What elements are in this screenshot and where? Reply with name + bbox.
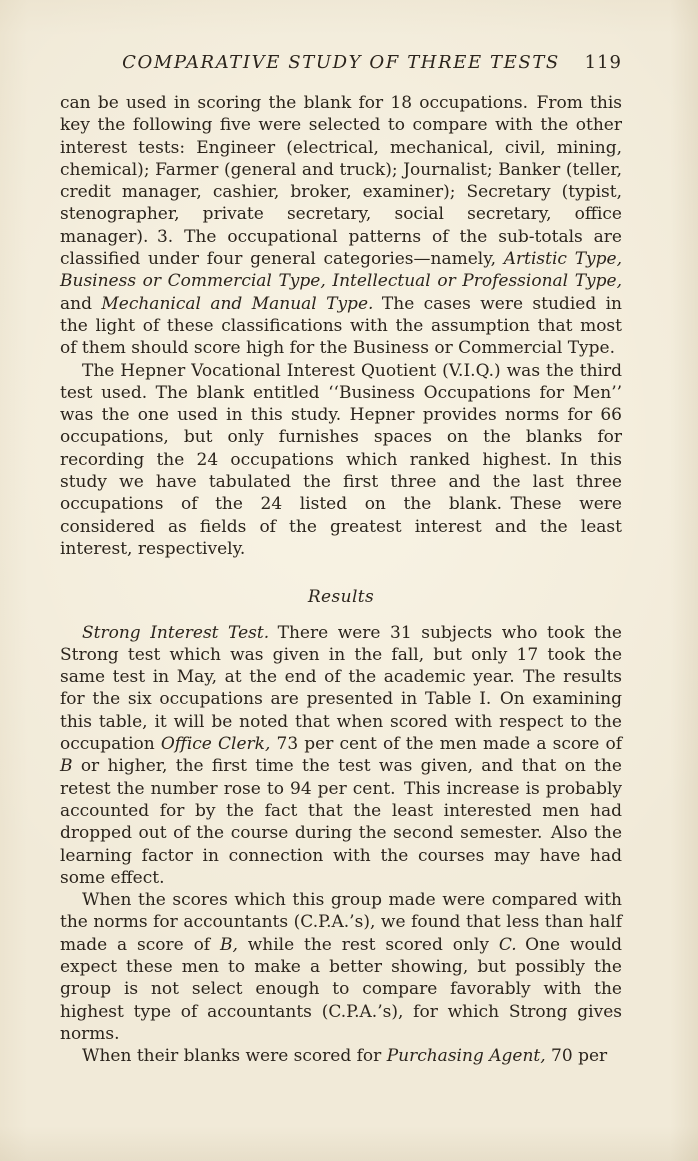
paragraph-scoring-key: can be used in scoring the blank for 18 … (60, 92, 622, 360)
page-number: 119 (585, 52, 622, 73)
paragraph-cpa-norms: When the scores which this group made we… (60, 889, 622, 1045)
page-title: COMPARATIVE STUDY OF THREE TESTS (60, 52, 622, 73)
book-page: COMPARATIVE STUDY OF THREE TESTS 119 can… (0, 0, 698, 1161)
page-body: can be used in scoring the blank for 18 … (60, 92, 622, 1067)
running-head: COMPARATIVE STUDY OF THREE TESTS 119 (60, 52, 622, 76)
paragraph-purchasing-agent: When their blanks were scored for Purcha… (60, 1045, 622, 1067)
results-heading: Results (60, 586, 622, 608)
paragraph-hepner-viq: The Hepner Vocational Interest Quotient … (60, 360, 622, 561)
paragraph-strong-interest-test: Strong Interest Test. There were 31 subj… (60, 622, 622, 890)
